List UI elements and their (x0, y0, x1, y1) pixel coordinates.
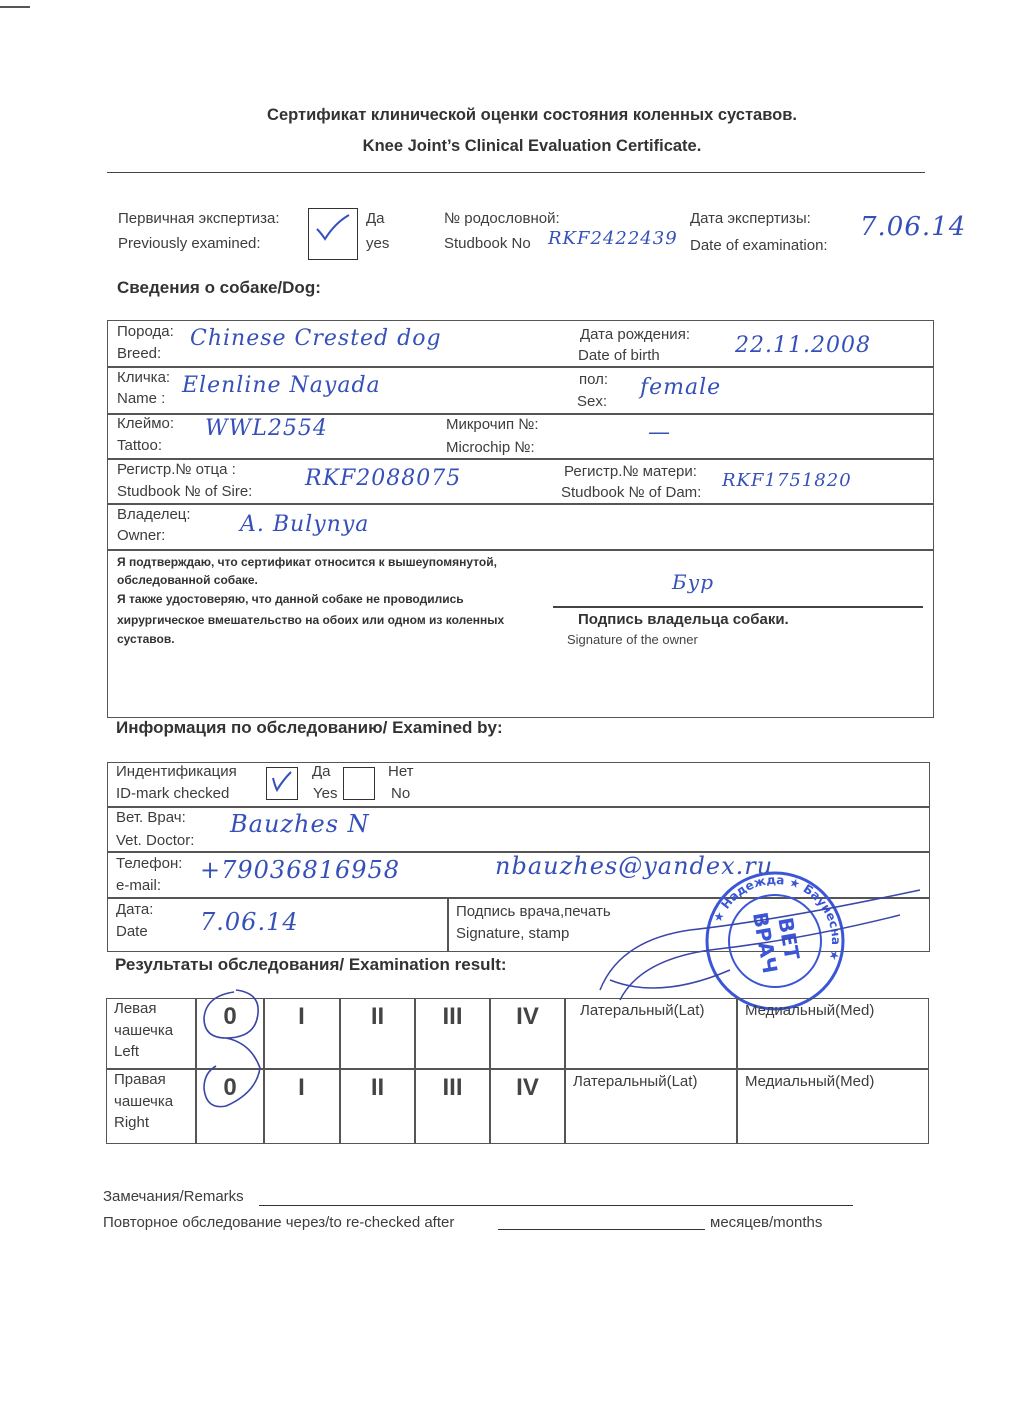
owner-signature-mark[interactable]: Бур (672, 570, 714, 594)
declaration-line-3: Я также удостоверяю, что данной собаке н… (117, 588, 464, 610)
right-row-label-2: чашечка (114, 1091, 173, 1113)
title-divider (107, 172, 925, 173)
tattoo-label-ru: Клеймо: (117, 412, 174, 436)
phone-value[interactable]: +79036816958 (200, 856, 400, 884)
id-check-label-en: ID-mark checked (116, 782, 229, 806)
owner-label-en: Owner: (117, 524, 165, 548)
id-check-no-checkbox[interactable] (343, 767, 375, 800)
exam-section-heading: Информация по обследованию/ Examined by: (116, 718, 503, 738)
previously-examined-label-ru: Первичная экспертиза: (118, 207, 280, 231)
owner-value[interactable]: A. Bulynya (240, 512, 369, 537)
left-lateral[interactable]: Латеральный(Lat) (580, 1002, 704, 1019)
exam-date2-label-ru: Дата: (116, 898, 153, 922)
studbook-label-ru: № родословной: (444, 207, 560, 231)
right-grade-3[interactable]: III (415, 1074, 490, 1102)
left-row-label-3: Left (114, 1041, 139, 1063)
id-check-label-ru: Индентификация (116, 760, 237, 784)
exam-date-label-ru: Дата экспертизы: (690, 207, 811, 231)
remarks-field[interactable] (259, 1205, 853, 1206)
dam-value[interactable]: RKF1751820 (722, 470, 852, 491)
right-lateral[interactable]: Латеральный(Lat) (573, 1073, 697, 1090)
sex-label-en: Sex: (577, 390, 607, 414)
left-grade-3[interactable]: III (415, 1003, 490, 1031)
id-check-yes-en: Yes (313, 782, 337, 806)
owner-signature-label-ru: Подпись владельца собаки. (578, 611, 789, 628)
id-check-no-en: No (391, 782, 410, 806)
exam-date-value[interactable]: 7.06.14 (860, 212, 966, 242)
right-grade-1[interactable]: I (264, 1074, 339, 1102)
sire-label-ru: Регистр.№ отца : (117, 458, 236, 482)
studbook-label-en: Studbook No (444, 232, 531, 256)
recheck-label: Повторное обследование через/to re-check… (103, 1211, 454, 1235)
scan-corner-mark (0, 6, 30, 8)
right-medial[interactable]: Медиальный(Med) (745, 1073, 874, 1090)
microchip-value[interactable]: — (648, 420, 671, 445)
sex-label-ru: пол: (579, 368, 608, 392)
dob-label-en: Date of birth (578, 344, 660, 368)
recheck-unit: месяцев/months (710, 1211, 822, 1235)
left-medial[interactable]: Медиальный(Med) (745, 1002, 874, 1019)
dob-value[interactable]: 22.11.2008 (735, 333, 871, 358)
name-label-en: Name : (117, 387, 165, 411)
title-en: Knee Joint’s Clinical Evaluation Certifi… (0, 137, 1024, 156)
previously-examined-label-en: Previously examined: (118, 232, 261, 256)
exam-date2-value[interactable]: 7.06.14 (200, 908, 299, 936)
left-grade-1[interactable]: I (264, 1003, 339, 1031)
exam-date2-label-en: Date (116, 920, 148, 944)
checkmark-icon (309, 209, 357, 259)
id-check-yes-ru: Да (312, 760, 331, 784)
previously-examined-yes-ru: Да (366, 207, 385, 231)
microchip-label-ru: Микрочип №: (446, 413, 539, 437)
breed-value[interactable]: Chinese Crested dog (190, 326, 442, 351)
owner-signature-label-en: Signature of the owner (567, 632, 698, 647)
previously-examined-checkbox[interactable] (308, 208, 358, 260)
breed-label-en: Breed: (117, 342, 161, 366)
dog-section-heading: Сведения о собаке/Dog: (117, 278, 321, 298)
right-grade-4[interactable]: IV (490, 1074, 565, 1102)
vet-label-ru: Вет. Врач: (116, 806, 186, 830)
phone-label: Телефон: (116, 852, 182, 876)
grade-selection-circle-icon (196, 988, 266, 1118)
vet-label-en: Vet. Doctor: (116, 829, 194, 853)
vet-signature-label-en: Signature, stamp (456, 922, 569, 946)
remarks-label: Замечания/Remarks (103, 1185, 244, 1209)
name-value[interactable]: Elenline Nayada (182, 373, 381, 398)
declaration-line-4: хирургическое вмешательство на обоих или… (117, 609, 504, 631)
dam-label-en: Studbook № of Dam: (561, 481, 701, 505)
right-row-label-3: Right (114, 1112, 149, 1134)
checkmark-icon (267, 768, 297, 799)
exam-date-label-en: Date of examination: (690, 234, 828, 258)
left-grade-2[interactable]: II (340, 1003, 415, 1031)
microchip-label-en: Microchip №: (446, 436, 535, 460)
recheck-months-field[interactable] (498, 1229, 705, 1230)
id-check-yes-checkbox[interactable] (266, 767, 298, 800)
sire-value[interactable]: RKF2088075 (305, 466, 461, 491)
tattoo-value[interactable]: WWL2554 (205, 416, 328, 441)
studbook-value[interactable]: RKF2422439 (548, 228, 678, 249)
left-row-label-2: чашечка (114, 1020, 173, 1042)
right-row-label-1: Правая (114, 1069, 166, 1091)
declaration-line-5: суставов. (117, 628, 175, 650)
title-ru: Сертификат клинической оценки состояния … (0, 106, 1024, 125)
sex-value[interactable]: female (640, 375, 721, 400)
left-grade-4[interactable]: IV (490, 1003, 565, 1031)
results-section-heading: Результаты обследования/ Examination res… (115, 955, 507, 975)
sire-label-en: Studbook № of Sire: (117, 480, 252, 504)
tattoo-label-en: Tattoo: (117, 434, 162, 458)
vet-value[interactable]: Bauzhes N (230, 810, 370, 838)
id-check-no-ru: Нет (388, 760, 414, 784)
breed-label-ru: Порода: (117, 320, 174, 344)
previously-examined-yes-en: yes (366, 232, 389, 256)
right-grade-2[interactable]: II (340, 1074, 415, 1102)
left-row-label-1: Левая (114, 998, 156, 1020)
email-label: e-mail: (116, 874, 161, 898)
owner-signature-line (553, 606, 923, 608)
